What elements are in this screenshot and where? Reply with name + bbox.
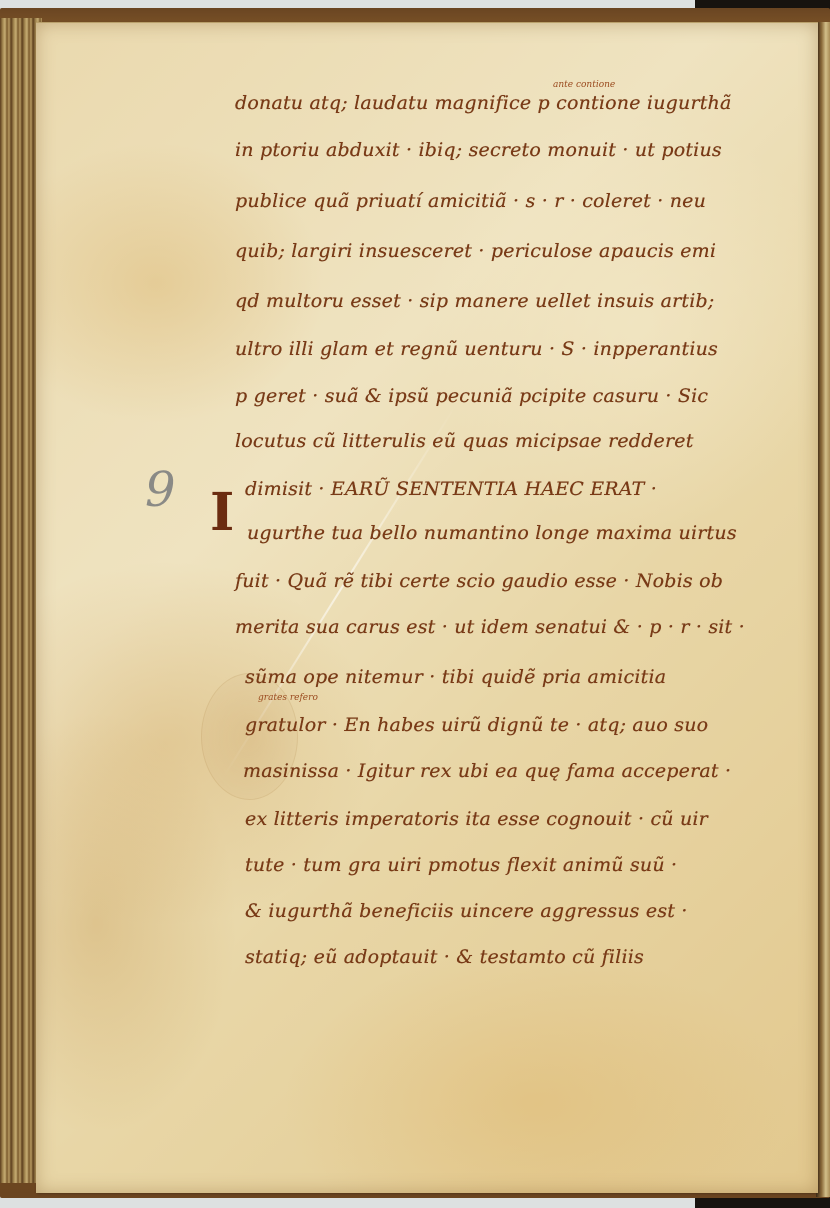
interlinear-gloss-1: ante contione: [553, 80, 615, 90]
text-line: tute · tum gra uiri pmotus flexit animũ …: [245, 854, 677, 876]
interlinear-gloss-2: grates refero: [258, 693, 318, 703]
text-line: gratulor · En habes uirũ dignũ te · atq;…: [245, 714, 708, 736]
text-line: & iugurthã beneficiis uincere aggressus …: [245, 900, 688, 922]
text-line: in ptoriu abduxit · ibiq; secreto monuit…: [235, 139, 722, 161]
text-line: qd multoru esset · sip manere uellet ins…: [235, 290, 715, 312]
text-line: locutus cũ litterulis eũ quas micipsae r…: [235, 430, 694, 452]
right-page-edge: [816, 22, 830, 1197]
text-line: publice quã priuatí amicitiã · s · r · c…: [235, 190, 706, 212]
text-line: masinissa · Igitur rex ubi ea quę fama a…: [243, 760, 731, 782]
quire-mark: 9: [145, 466, 176, 514]
decorated-initial: I: [210, 487, 234, 539]
text-line-rubric: dimisit · EARŨ SENTENTIA HAEC ERAT ·: [245, 478, 657, 500]
text-line: fuit · Quã rẽ tibi certe scio gaudio ess…: [235, 570, 723, 592]
text-line: sũma ope nitemur · tibi quidẽ pria amici…: [245, 666, 666, 688]
text-line: p geret · suã & ipsũ pecuniã pcipite cas…: [235, 385, 708, 407]
text-line: merita sua carus est · ut idem senatui &…: [235, 616, 745, 638]
text-line: statiq; eũ adoptauit · & testamto cũ fil…: [245, 946, 644, 968]
text-line: quib; largiri insuesceret · periculose a…: [235, 240, 716, 262]
text-line: ultro illi glam et regnũ uenturu · S · i…: [235, 338, 718, 360]
text-line: ex litteris imperatoris ita esse cognoui…: [245, 808, 708, 830]
text-line: ugurthe tua bello numantino longe maxima…: [247, 522, 737, 544]
text-line: donatu atq; laudatu magnifice p contione…: [235, 92, 732, 114]
